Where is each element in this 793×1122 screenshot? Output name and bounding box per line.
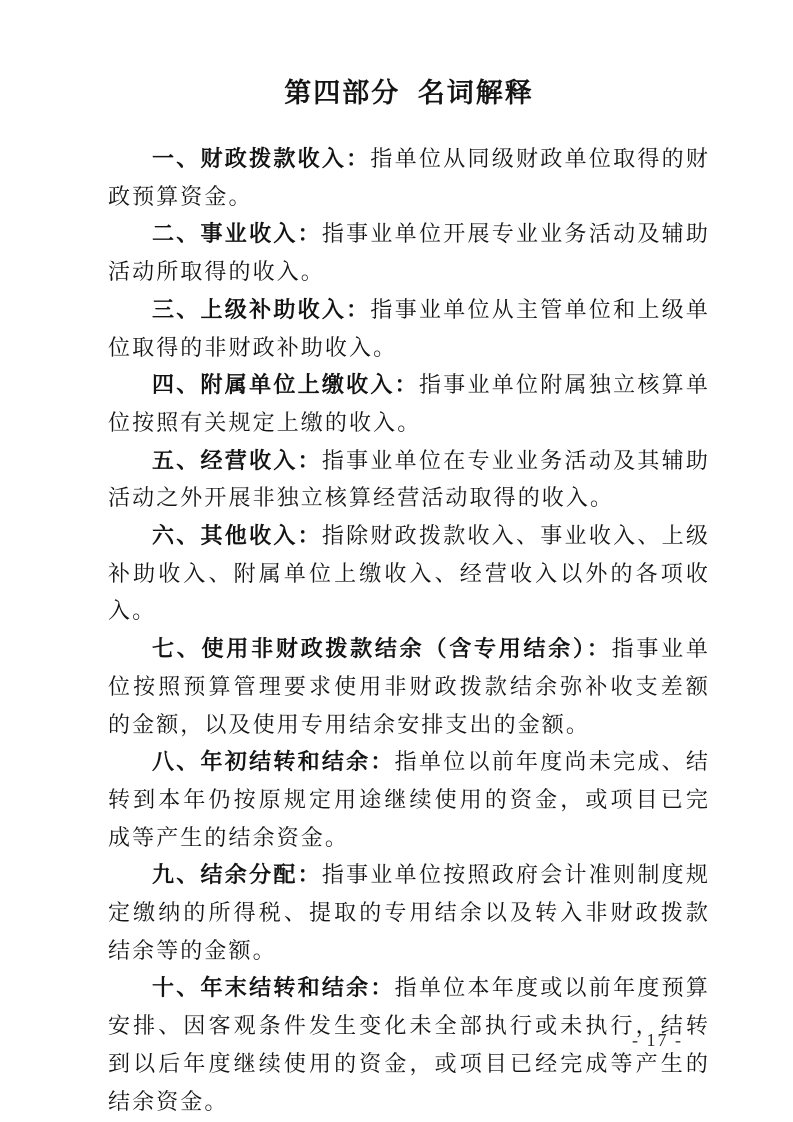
term-paragraph-2: 二、事业收入：指事业单位开展专业业务活动及辅助活动所取得的收入。 <box>108 215 710 290</box>
term-paragraph-1: 一、财政拨款收入：指单位从同级财政单位取得的财政预算资金。 <box>108 140 710 215</box>
document-page: 第四部分 名词解释 一、财政拨款收入：指单位从同级财政单位取得的财政预算资金。 … <box>0 0 793 1122</box>
document-content: 第四部分 名词解释 一、财政拨款收入：指单位从同级财政单位取得的财政预算资金。 … <box>108 78 710 1120</box>
term-label: 五、经营收入： <box>152 448 322 473</box>
term-label: 七、使用非财政拨款结余（含专用结余）： <box>152 636 612 661</box>
term-label: 一、财政拨款收入： <box>152 146 370 171</box>
term-label: 二、事业收入： <box>152 221 322 246</box>
term-label: 九、结余分配： <box>152 862 322 887</box>
term-paragraph-8: 八、年初结转和结余：指单位以前年度尚未完成、结转到本年仍按原规定用途继续使用的资… <box>108 743 710 856</box>
term-paragraph-9: 九、结余分配：指事业单位按照政府会计准则制度规定缴纳的所得税、提取的专用结余以及… <box>108 856 710 969</box>
term-label: 十、年末结转和结余： <box>152 975 395 1000</box>
term-label: 八、年初结转和结余： <box>152 749 395 774</box>
term-label: 六、其他收入： <box>152 523 322 548</box>
term-paragraph-5: 五、经营收入：指事业单位在专业业务活动及其辅助活动之外开展非独立核算经营活动取得… <box>108 442 710 517</box>
page-number: - 17 - <box>632 1030 683 1051</box>
term-paragraph-7: 七、使用非财政拨款结余（含专用结余）：指事业单位按照预算管理要求使用非财政拨款结… <box>108 630 710 743</box>
term-label: 三、上级补助收入： <box>152 297 370 322</box>
term-label: 四、附属单位上缴收入： <box>152 372 419 397</box>
term-paragraph-6: 六、其他收入：指除财政拨款收入、事业收入、上级补助收入、附属单位上缴收入、经营收… <box>108 517 710 630</box>
term-paragraph-4: 四、附属单位上缴收入：指事业单位附属独立核算单位按照有关规定上缴的收入。 <box>108 366 710 441</box>
page-title: 第四部分 名词解释 <box>108 78 710 108</box>
term-paragraph-10: 十、年末结转和结余：指单位本年度或以前年度预算安排、因客观条件发生变化未全部执行… <box>108 969 710 1120</box>
term-paragraph-3: 三、上级补助收入：指事业单位从主管单位和上级单位取得的非财政补助收入。 <box>108 291 710 366</box>
